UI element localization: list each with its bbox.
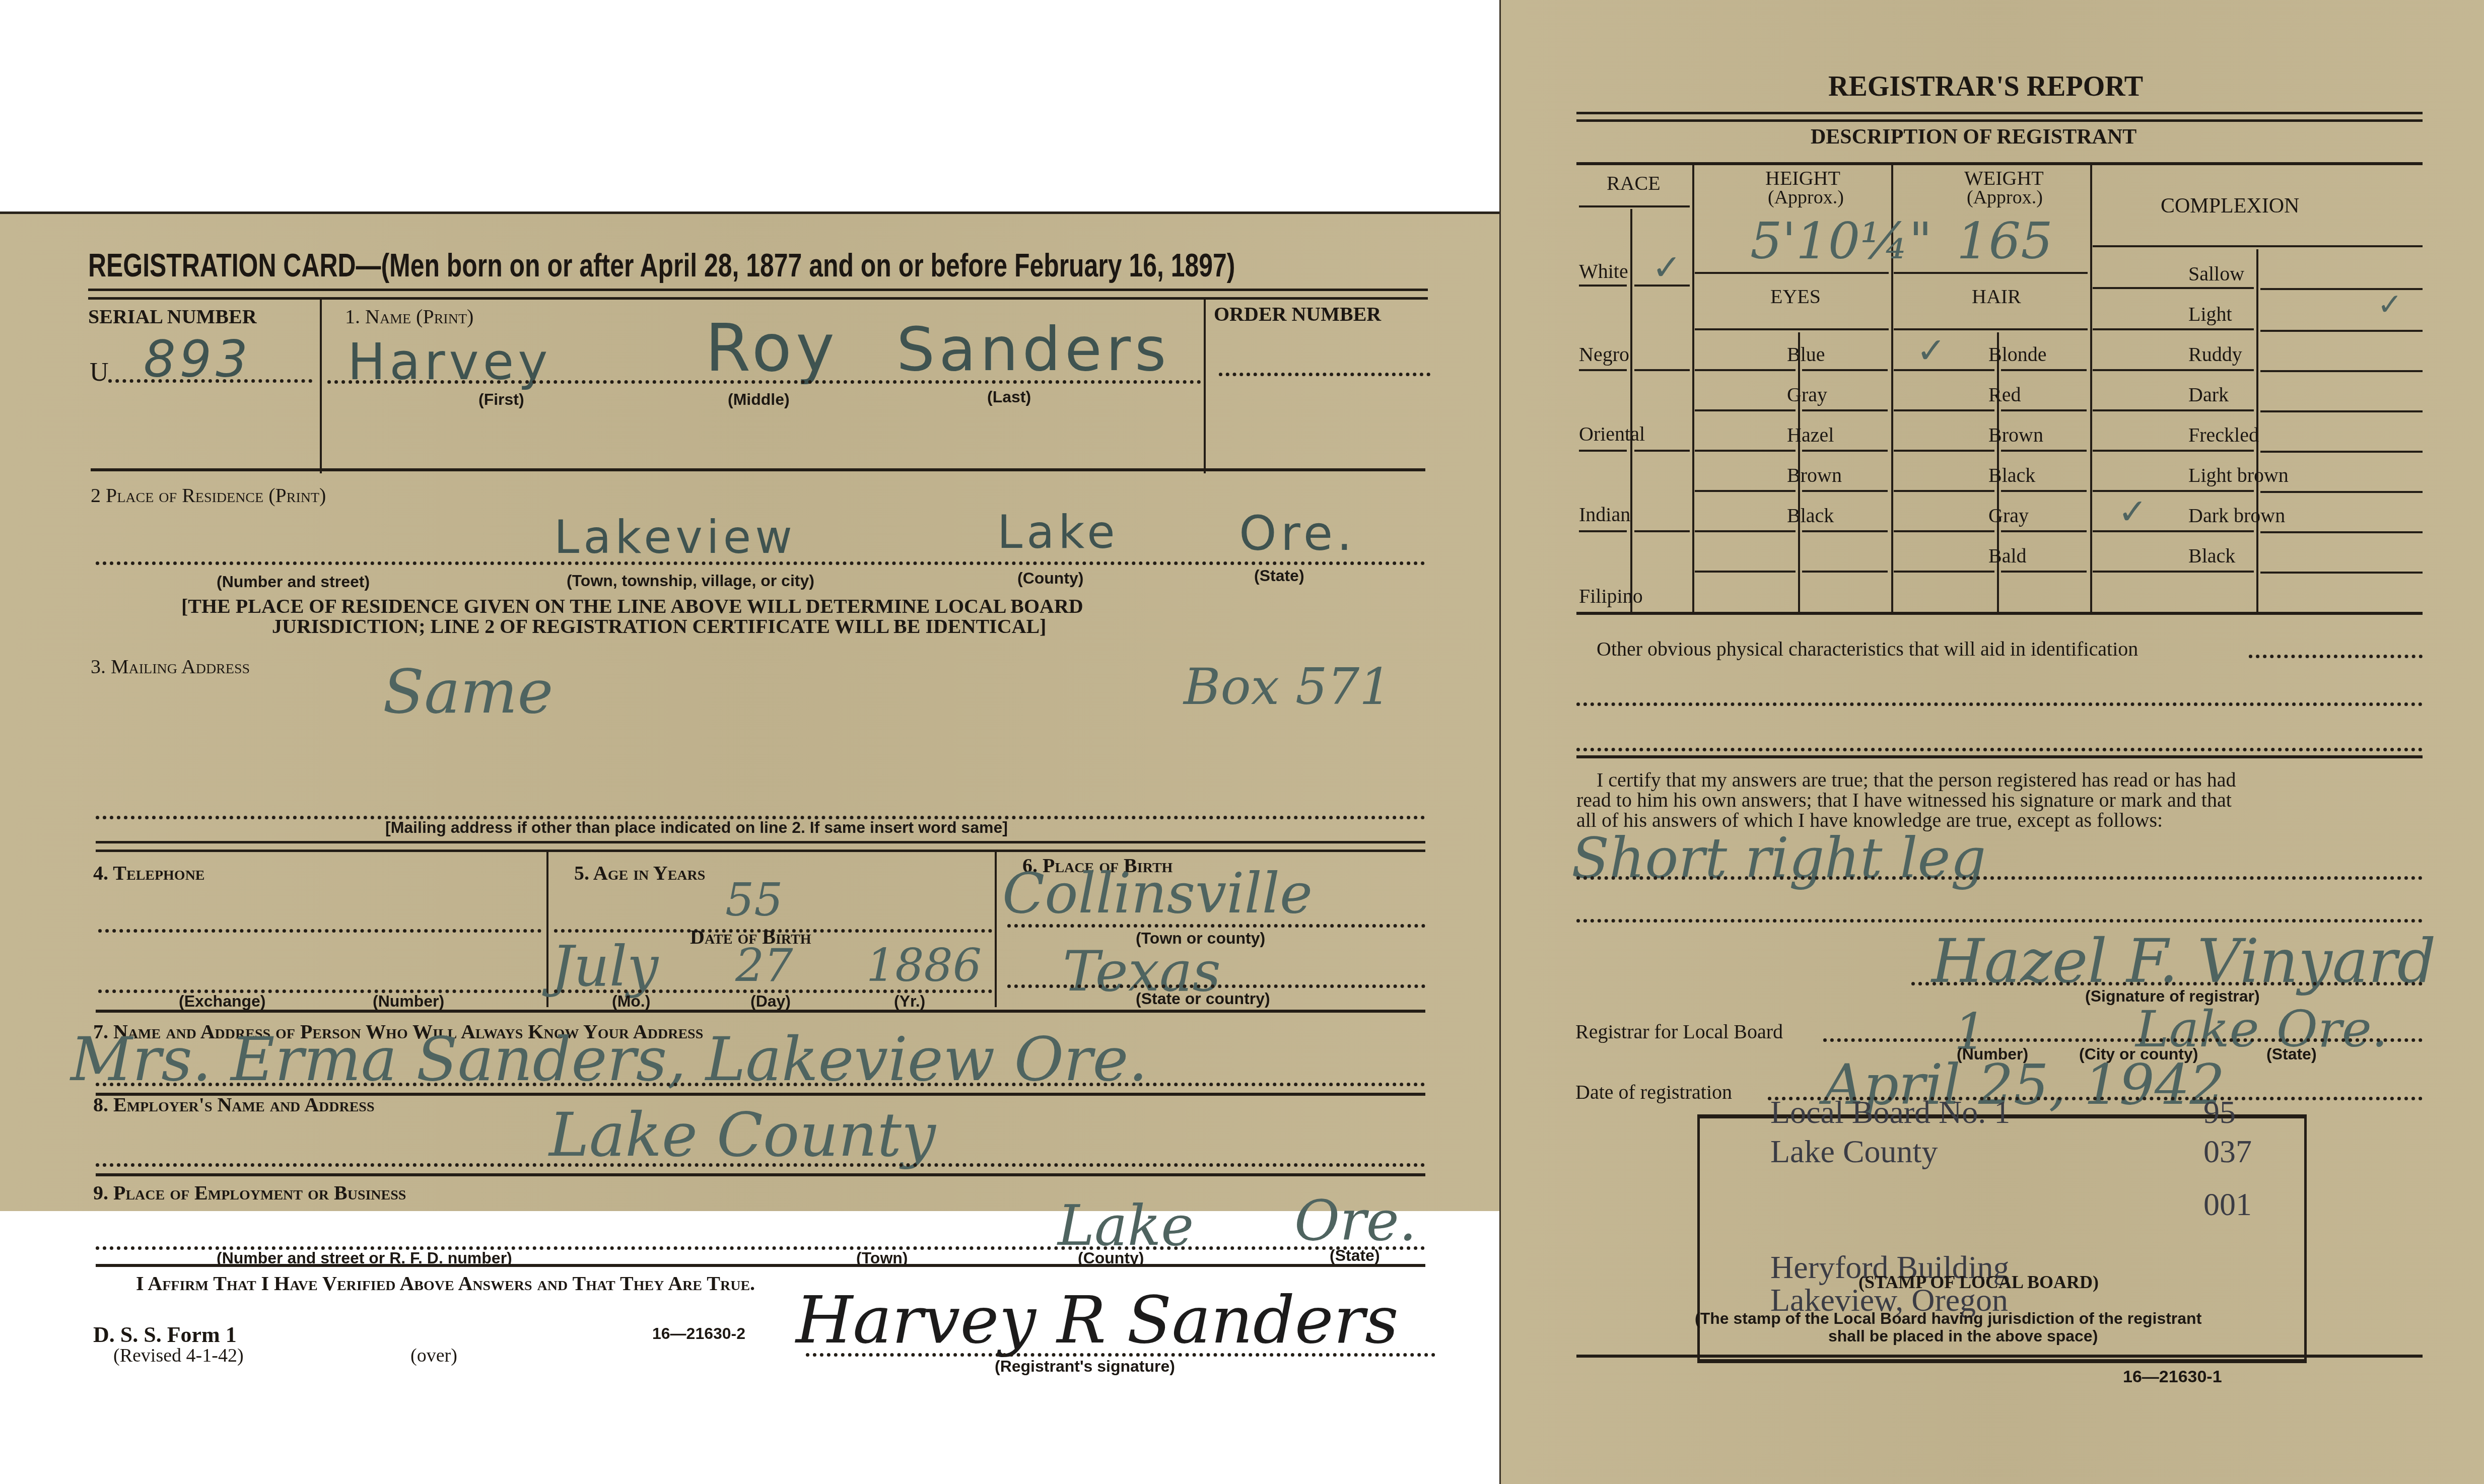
name-label: 1. Name (Print) — [345, 305, 473, 328]
order-number-label: ORDER NUMBER — [1214, 302, 1381, 326]
divider — [2260, 531, 2423, 533]
stamp-caption: (STAMP OF LOCAL BOARD) — [1858, 1271, 2099, 1293]
residence-county-caption: (County) — [1017, 569, 1084, 588]
divider — [2093, 450, 2254, 452]
exchange-caption: (Exchange) — [179, 992, 265, 1011]
mailing-address-value[interactable]: Same — [383, 657, 554, 727]
local-board-line — [1823, 1038, 2423, 1042]
divider — [96, 1173, 1425, 1176]
divider — [1695, 369, 1796, 371]
divider — [2001, 450, 2087, 452]
race-white-check[interactable]: ✓ — [1652, 247, 1682, 288]
other-characteristics-label: Other obvious physical characteristics t… — [1597, 637, 2138, 661]
divider — [1576, 119, 2423, 122]
middle-caption: (Middle) — [728, 390, 790, 409]
description-title: DESCRIPTION OF REGISTRANT — [1811, 125, 2136, 149]
divider — [2260, 491, 2423, 493]
divider — [1695, 571, 1796, 573]
birthplace-town[interactable]: Collinsville — [1002, 861, 1313, 926]
affirm-statement: I Affirm That I Have Verified Above Answ… — [136, 1271, 755, 1295]
eyes-black: Black — [1787, 504, 1834, 527]
exception-line-2 — [1576, 919, 2423, 923]
registrar-signature-line — [1911, 982, 2423, 985]
divider — [1695, 409, 1796, 411]
residence-county[interactable]: Lake — [997, 506, 1119, 559]
last-caption: (Last) — [987, 388, 1031, 406]
divider — [1579, 285, 1627, 287]
divider — [1695, 490, 1796, 492]
exception-line-1 — [1576, 876, 2423, 880]
other-line-3 — [1576, 748, 2423, 751]
divider — [2260, 451, 2423, 453]
race-header: RACE — [1607, 171, 1661, 195]
race-filipino: Filipino — [1579, 584, 1643, 608]
divider — [1894, 530, 1994, 532]
divider — [2093, 369, 2254, 371]
divider — [2093, 328, 2254, 330]
dob-month[interactable]: July — [551, 934, 658, 999]
divider — [2260, 370, 2423, 372]
divider — [1634, 285, 1690, 287]
hair-red: Red — [1988, 383, 2021, 406]
first-caption: (First) — [478, 390, 524, 409]
divider — [1894, 409, 1994, 411]
serial-prefix: U — [90, 358, 109, 387]
complexion-freckled: Freckled — [2188, 423, 2259, 447]
over-indicator: (over) — [410, 1345, 457, 1367]
divider — [1802, 571, 1888, 573]
mailing-caption: [Mailing address if other than place ind… — [385, 818, 1008, 837]
hair-gray-check[interactable]: ✓ — [2118, 491, 2148, 532]
divider — [1802, 409, 1888, 411]
name-last[interactable]: Sanders — [896, 315, 1170, 385]
divider — [96, 850, 1425, 852]
month-caption: (Mo.) — [612, 992, 650, 1011]
complexion-ruddy: Ruddy — [2188, 342, 2242, 366]
divider — [1894, 369, 1994, 371]
divider — [1579, 205, 1690, 207]
complexion-header: COMPLEXION — [2161, 194, 2299, 218]
divider — [1802, 369, 1888, 371]
divider — [2093, 490, 2254, 492]
complexion-light: Light — [2188, 302, 2232, 326]
height-sub: (Approx.) — [1768, 186, 1844, 208]
stamp-code-3: 001 — [2203, 1186, 2252, 1223]
divider — [2093, 530, 2254, 532]
board-state-caption: (State) — [2266, 1045, 2317, 1064]
eyes-hazel: Hazel — [1787, 423, 1834, 447]
complexion-light-check[interactable]: ✓ — [2377, 287, 2402, 322]
divider — [2090, 164, 2092, 612]
divider — [2093, 245, 2423, 247]
print-code-front: 16—21630-2 — [652, 1324, 745, 1343]
eyes-brown: Brown — [1787, 463, 1842, 487]
eyes-gray: Gray — [1787, 383, 1827, 406]
race-oriental: Oriental — [1579, 422, 1645, 446]
divider — [2093, 287, 2254, 289]
card-title: REGISTRATION CARD—(Men born on or after … — [88, 247, 1235, 284]
hair-bald: Bald — [1988, 544, 2027, 568]
divider — [2001, 490, 2087, 492]
eyes-blue: Blue — [1787, 342, 1825, 366]
serial-number-label: SERIAL NUMBER — [88, 305, 257, 328]
divider — [1894, 490, 1994, 492]
local-board-label: Registrar for Local Board — [1575, 1020, 1783, 1043]
divider — [1802, 490, 1888, 492]
divider — [1802, 450, 1888, 452]
race-indian: Indian — [1579, 503, 1630, 526]
residence-notice-2: JURISDICTION; LINE 2 OF REGISTRATION CER… — [272, 614, 1046, 638]
divider — [88, 289, 1428, 291]
divider — [2260, 288, 2423, 290]
divider — [2001, 369, 2087, 371]
serial-line — [108, 379, 312, 383]
divider — [1695, 530, 1796, 532]
contact-line — [96, 1083, 1425, 1086]
divider — [1695, 328, 1889, 330]
number-caption: (Number) — [373, 992, 444, 1011]
telephone-line-1 — [98, 929, 541, 933]
eyes-header: EYES — [1770, 285, 1821, 308]
stamp-county: Lake County — [1770, 1133, 1938, 1170]
stamp-code-1: 95 — [2203, 1094, 2236, 1131]
mailing-address-label: 3. Mailing Address — [91, 655, 250, 678]
dob-day[interactable]: 27 — [735, 939, 793, 992]
hair-header: HAIR — [1972, 285, 2021, 308]
employment-state-caption: (State) — [1330, 1246, 1380, 1265]
divider — [96, 841, 1425, 843]
dob-year[interactable]: 1886 — [866, 939, 982, 992]
divider — [2093, 409, 2254, 411]
weight-value[interactable]: 165 — [1957, 211, 2053, 270]
other-line-2 — [1576, 702, 2423, 706]
age-label: 5. Age in Years — [574, 861, 705, 885]
stamp-board-name: Local Board No. 1 — [1770, 1094, 2010, 1131]
stamp-code-2: 037 — [2203, 1133, 2252, 1170]
year-caption: (Yr.) — [894, 992, 925, 1011]
divider — [2001, 409, 2087, 411]
birthplace-town-line — [1007, 924, 1425, 928]
divider — [1894, 571, 1994, 573]
divider — [1894, 450, 1994, 452]
race-negro: Negro — [1579, 342, 1629, 366]
residence-label: 2 Place of Residence (Print) — [91, 483, 326, 507]
stamp-note-2: shall be placed in the above space) — [1828, 1327, 2098, 1346]
complexion-light-brown: Light brown — [2188, 463, 2289, 487]
employer-line — [96, 1163, 1425, 1167]
divider — [1579, 530, 1627, 532]
order-number-line — [1219, 373, 1430, 376]
residence-state-caption: (State) — [1254, 567, 1304, 585]
divider — [91, 468, 1425, 471]
employment-label: 9. Place of Employment or Business — [93, 1181, 406, 1205]
divider — [1576, 755, 2423, 758]
registrar-signature[interactable]: Hazel F. Vinyard — [1931, 927, 2436, 997]
employment-state[interactable]: Ore. — [1294, 1188, 1417, 1253]
divider — [2001, 530, 2087, 532]
divider — [1695, 272, 1889, 274]
complexion-dark: Dark — [2188, 383, 2229, 406]
name-line — [327, 380, 1201, 384]
birthplace-state-caption: (State or country) — [1136, 990, 1270, 1008]
complexion-dark-brown: Dark brown — [2188, 504, 2285, 527]
age-value[interactable]: 55 — [725, 874, 783, 927]
weight-sub: (Approx.) — [1967, 186, 2043, 208]
divider — [1802, 530, 1888, 532]
divider — [1634, 530, 1690, 532]
divider — [88, 297, 1428, 300]
residence-town-caption: (Town, township, village, or city) — [567, 572, 814, 590]
divider — [2260, 572, 2423, 574]
race-white: White — [1579, 259, 1628, 283]
mailing-box[interactable]: Box 571 — [1184, 657, 1392, 716]
hair-brown: Brown — [1988, 423, 2043, 447]
other-line-1 — [2249, 655, 2423, 658]
employer-value[interactable]: Lake County — [549, 1100, 936, 1170]
signature-caption: (Registrant's signature) — [995, 1357, 1175, 1376]
exception-value[interactable]: Short right leg — [1571, 826, 1986, 890]
divider — [96, 1264, 1425, 1267]
divider — [546, 851, 548, 1007]
divider — [96, 1010, 1425, 1013]
divider — [1692, 164, 1694, 612]
residence-street-caption: (Number and street) — [217, 573, 370, 591]
employer-label: 8. Employer's Name and Address — [93, 1093, 375, 1116]
name-middle[interactable]: Roy — [705, 310, 839, 386]
complexion-black: Black — [2188, 544, 2235, 568]
telephone-line-2 — [98, 990, 541, 993]
hair-blonde: Blonde — [1988, 342, 2047, 366]
divider — [2260, 410, 2423, 412]
divider — [1695, 450, 1796, 452]
residence-town[interactable]: Lakeview — [554, 511, 796, 564]
residence-state[interactable]: Ore. — [1239, 506, 1356, 561]
eyes-blue-check[interactable]: ✓ — [1916, 330, 1946, 371]
residence-line — [96, 561, 1425, 565]
divider — [1576, 1355, 2423, 1358]
divider — [2093, 571, 2254, 573]
divider — [2260, 330, 2423, 332]
divider — [320, 300, 322, 473]
print-code-back: 16—21630-1 — [2123, 1367, 2222, 1387]
divider — [1576, 112, 2423, 114]
complexion-sallow: Sallow — [2188, 262, 2244, 286]
divider — [1634, 450, 1690, 452]
birthplace-state-line — [1007, 984, 1425, 988]
divider — [1630, 209, 1632, 612]
registrar-report-back: REGISTRAR'S REPORT DESCRIPTION OF REGIST… — [1499, 0, 2484, 1484]
divider — [1894, 272, 2088, 274]
form-id: D. S. S. Form 1 — [93, 1322, 237, 1348]
height-value[interactable]: 5'10¼" — [1750, 211, 1932, 270]
divider — [995, 851, 997, 1007]
hair-gray: Gray — [1988, 504, 2029, 527]
divider — [1579, 369, 1627, 371]
divider — [1204, 300, 1206, 473]
hair-black: Black — [1988, 463, 2035, 487]
registration-card-front: REGISTRATION CARD—(Men born on or after … — [0, 211, 1503, 1211]
divider — [1576, 162, 2423, 165]
divider — [2001, 571, 2087, 573]
registrant-signature[interactable]: Harvey R Sanders — [796, 1282, 1399, 1358]
divider — [1579, 450, 1627, 452]
telephone-label: 4. Telephone — [93, 861, 205, 885]
date-of-registration-label: Date of registration — [1575, 1080, 1732, 1104]
divider — [1576, 612, 2423, 615]
divider — [1634, 369, 1690, 371]
stamp-note-1: (The stamp of the Local Board having jur… — [1695, 1309, 2201, 1328]
form-revised: (Revised 4-1-42) — [113, 1345, 244, 1367]
report-title: REGISTRAR'S REPORT — [1828, 70, 2143, 103]
day-caption: (Day) — [750, 992, 791, 1011]
signature-line — [806, 1353, 1435, 1357]
